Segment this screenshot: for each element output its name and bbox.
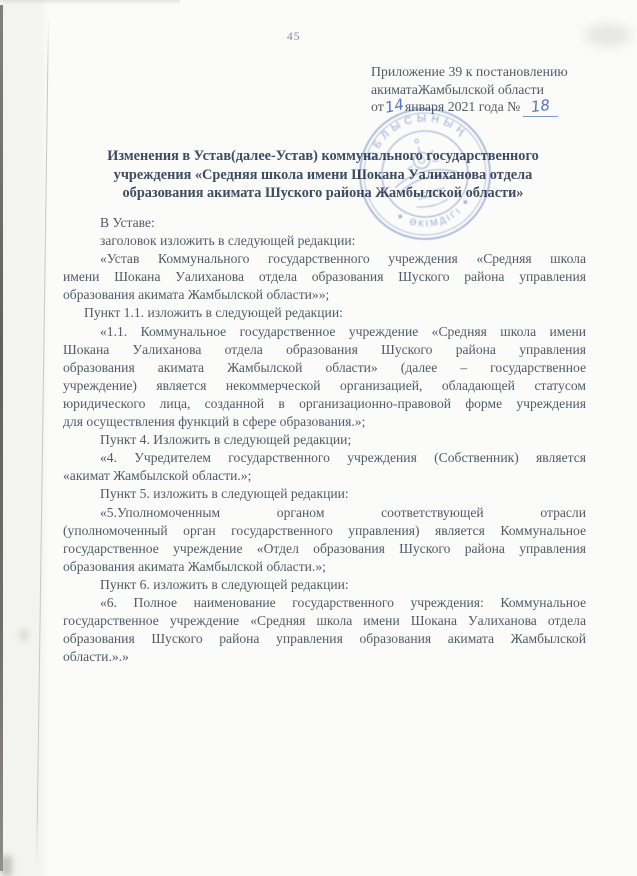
body-line: Пункт 6. изложить в следующей редакции: <box>63 576 586 594</box>
appendix-line: Приложение 39 к постановлению <box>371 63 621 81</box>
stamp-bottom-text: ✦ ӘКІМДІГІ ✦ <box>393 193 478 237</box>
body-line: «акимат Жамбылской области.»; <box>63 467 586 485</box>
title-line: Изменения в Устав(далее-Устав) коммуналь… <box>60 147 586 166</box>
body-line: Пункт 4. Изложить в следующей редакции; <box>63 431 586 449</box>
title-line: учреждения «Средняя школа имени Шокана У… <box>60 166 586 185</box>
body-line: для осуществления функций в сфере образо… <box>63 413 586 431</box>
body-line: Шокана Уалиханова отдела образования Шус… <box>63 341 586 359</box>
svg-text:✦ ӘКІМДІГІ ✦: ✦ ӘКІМДІГІ ✦ <box>393 193 478 237</box>
body-line: образования акимата Жамбылской области» … <box>63 359 586 377</box>
body-line: государственное учреждение «Средняя школ… <box>63 612 586 630</box>
document-title: Изменения в Устав(далее-Устав) коммуналь… <box>60 147 586 203</box>
handwritten-number-underline: 18 <box>523 98 558 117</box>
body-line: «1.1. Коммунальное государственное учреж… <box>63 323 586 341</box>
body-line: «5.Уполномоченным органом соответствующе… <box>63 504 586 522</box>
body-line: области.».» <box>63 648 586 666</box>
body-line: Пункт 5. изложить в следующей редакции: <box>63 485 586 503</box>
page-number: 45 <box>287 31 301 43</box>
body-line: заголовок изложить в следующей редакции: <box>63 232 586 250</box>
document-body: В Уставе:заголовок изложить в следующей … <box>63 214 586 666</box>
scan-left-edge-shadow <box>0 5 3 871</box>
body-line: (уполномоченный орган государственного у… <box>63 522 586 540</box>
scanned-page: 45 Приложение 39 к постановлению акимата… <box>0 0 637 876</box>
body-line: образования акимата Жамбылской области.»… <box>63 558 586 576</box>
handwritten-number: 18 <box>530 97 551 117</box>
body-line: Пункт 1.1. изложить в следующей редакции… <box>63 304 586 322</box>
body-line: имени Шокана Уалиханова отдела образован… <box>63 268 586 286</box>
body-line: учреждение) является некоммерческой орга… <box>63 377 586 395</box>
title-line: образования акимата Шуского района Жамбы… <box>60 184 586 203</box>
scan-smudge-top-right <box>584 24 632 46</box>
body-line: образования Шуского района управления об… <box>63 630 586 648</box>
body-line: государственное учреждение «Отдел образо… <box>63 540 586 558</box>
body-line: «6. Полное наименование государственного… <box>63 594 586 612</box>
body-line: «4. Учредителем государственного учрежде… <box>63 449 586 467</box>
body-line: образования акимата Жамбылской области»»… <box>63 286 586 304</box>
body-line: «Устав Коммунального государственного уч… <box>63 250 586 268</box>
appendix-line: акиматаЖамбылской области <box>371 81 621 99</box>
scan-smudge-bottom-left <box>0 856 12 876</box>
body-line: юридического лица, созданной в организац… <box>63 395 586 413</box>
scan-top-edge-shadow <box>0 0 180 5</box>
scan-smudge-left <box>20 630 28 640</box>
